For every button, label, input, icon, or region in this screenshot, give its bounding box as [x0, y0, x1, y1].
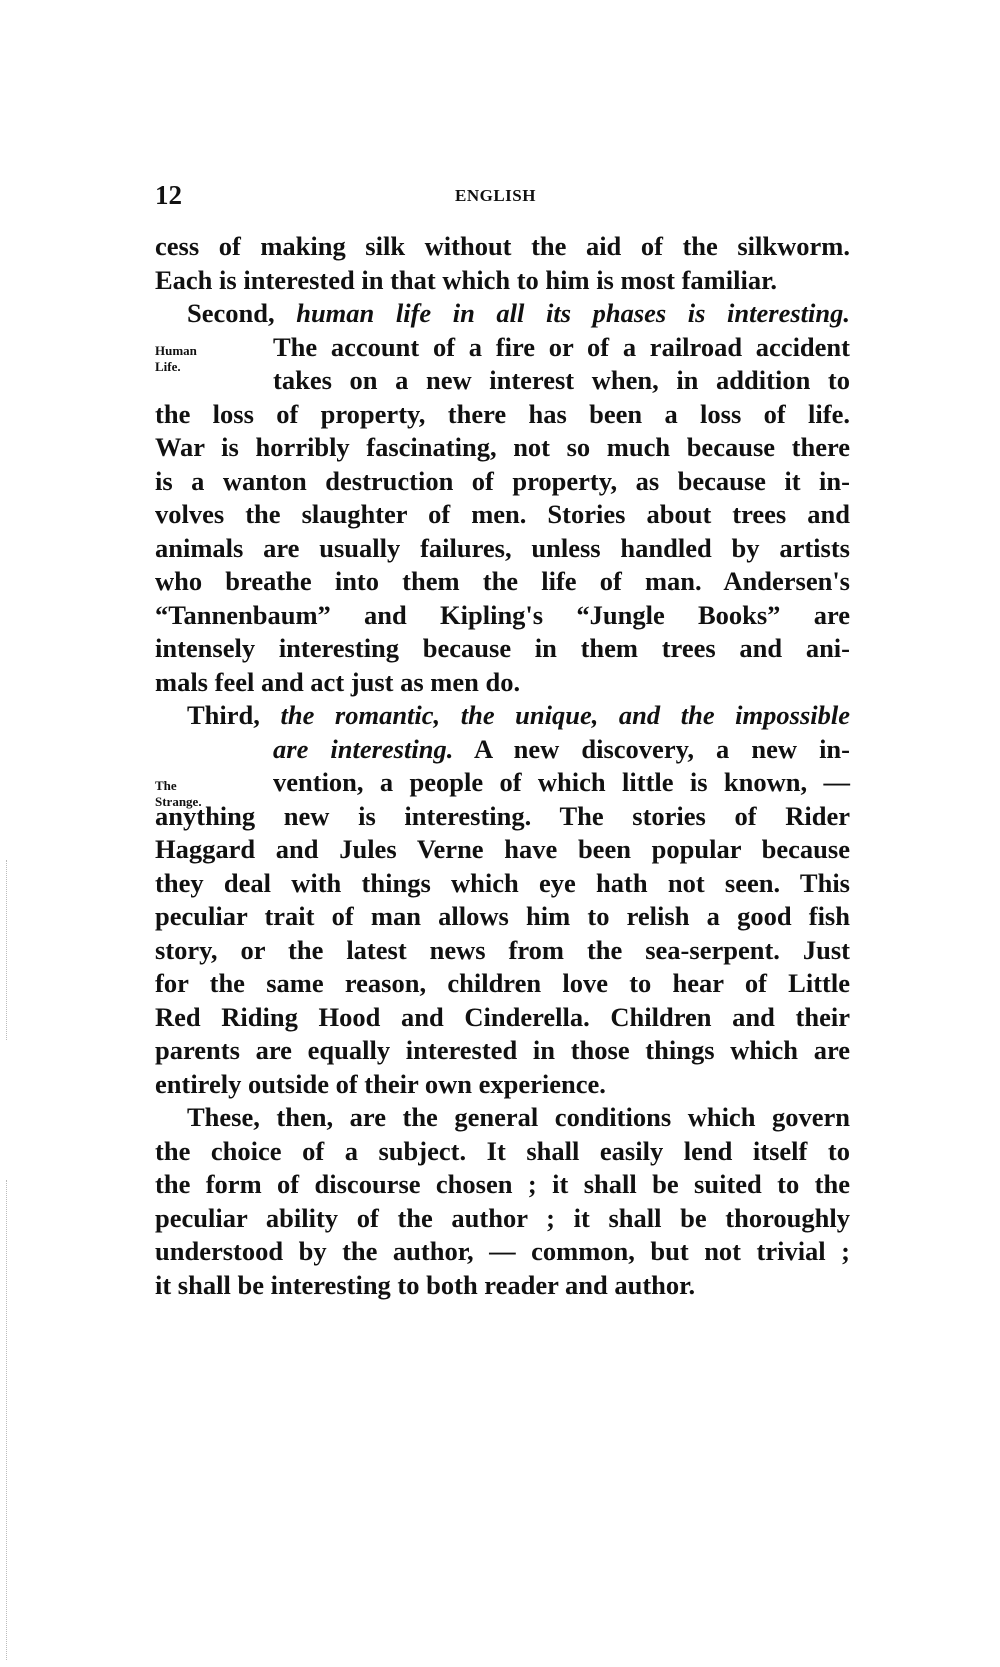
- text-line: who breathe into them the life of man. A…: [155, 565, 850, 599]
- page-number: 12: [155, 180, 182, 211]
- page-header: 12 ENGLISH: [155, 180, 855, 220]
- text-line: Red Riding Hood and Cinderella. Children…: [155, 1001, 850, 1035]
- text-line: the choice of a subject. It shall easily…: [155, 1135, 850, 1169]
- running-head: ENGLISH: [455, 186, 536, 206]
- text-line: they deal with things which eye hath not…: [155, 867, 850, 901]
- emphasis-text: human life in all its phases is interest…: [296, 298, 850, 328]
- text-line: it shall be interesting to both reader a…: [155, 1269, 850, 1303]
- text-line: peculiar ability of the author ; it shal…: [155, 1202, 850, 1236]
- text-line: are interesting. A new discovery, a new …: [155, 733, 850, 767]
- text-line: mals feel and act just as men do.: [155, 666, 850, 700]
- scan-edge-marks: [6, 1180, 9, 1660]
- text-line: story, or the latest news from the sea-s…: [155, 934, 850, 968]
- text-line: is a wanton destruction of property, as …: [155, 465, 850, 499]
- emphasis-text: are interesting.: [273, 734, 453, 764]
- text-line: Third, the romantic, the unique, and the…: [155, 699, 850, 733]
- text-line: takes on a new interest when, in additio…: [155, 364, 850, 398]
- text-line: the loss of property, there has been a l…: [155, 398, 850, 432]
- text-line: parents are equally interested in those …: [155, 1034, 850, 1068]
- text-line: volves the slaughter of men. Stories abo…: [155, 498, 850, 532]
- text-line: Second, human life in all its phases is …: [155, 297, 850, 331]
- emphasis-text: the romantic, the unique, and the imposs…: [280, 700, 850, 730]
- scan-edge-marks: [6, 860, 9, 1040]
- text-line: These, then, are the general conditions …: [155, 1101, 850, 1135]
- text-line: anything new is interesting. The stories…: [155, 800, 850, 834]
- book-page: 12 ENGLISH Human Life. The Strange. cess…: [0, 0, 1000, 1667]
- text-line: War is horribly fascinating, not so much…: [155, 431, 850, 465]
- text-line: The account of a fire or of a railroad a…: [155, 331, 850, 365]
- body-text: cess of making silk without the aid of t…: [155, 230, 850, 1302]
- text-line: animals are usually failures, unless han…: [155, 532, 850, 566]
- text-line: intensely interesting because in them tr…: [155, 632, 850, 666]
- text-line: vention, a people of which little is kno…: [155, 766, 850, 800]
- text-line: peculiar trait of man allows him to reli…: [155, 900, 850, 934]
- text-line: for the same reason, children love to he…: [155, 967, 850, 1001]
- text-line: entirely outside of their own experience…: [155, 1068, 850, 1102]
- text-run: Third,: [187, 700, 280, 730]
- text-line: the form of discourse chosen ; it shall …: [155, 1168, 850, 1202]
- text-line: cess of making silk without the aid of t…: [155, 230, 850, 264]
- text-run: Second,: [187, 298, 296, 328]
- text-line: Each is interested in that which to him …: [155, 264, 850, 298]
- text-line: understood by the author, — common, but …: [155, 1235, 850, 1269]
- text-line: “Tannenbaum” and Kipling's “Jungle Books…: [155, 599, 850, 633]
- text-run: A new discovery, a new in-: [453, 734, 850, 764]
- text-line: Haggard and Jules Verne have been popula…: [155, 833, 850, 867]
